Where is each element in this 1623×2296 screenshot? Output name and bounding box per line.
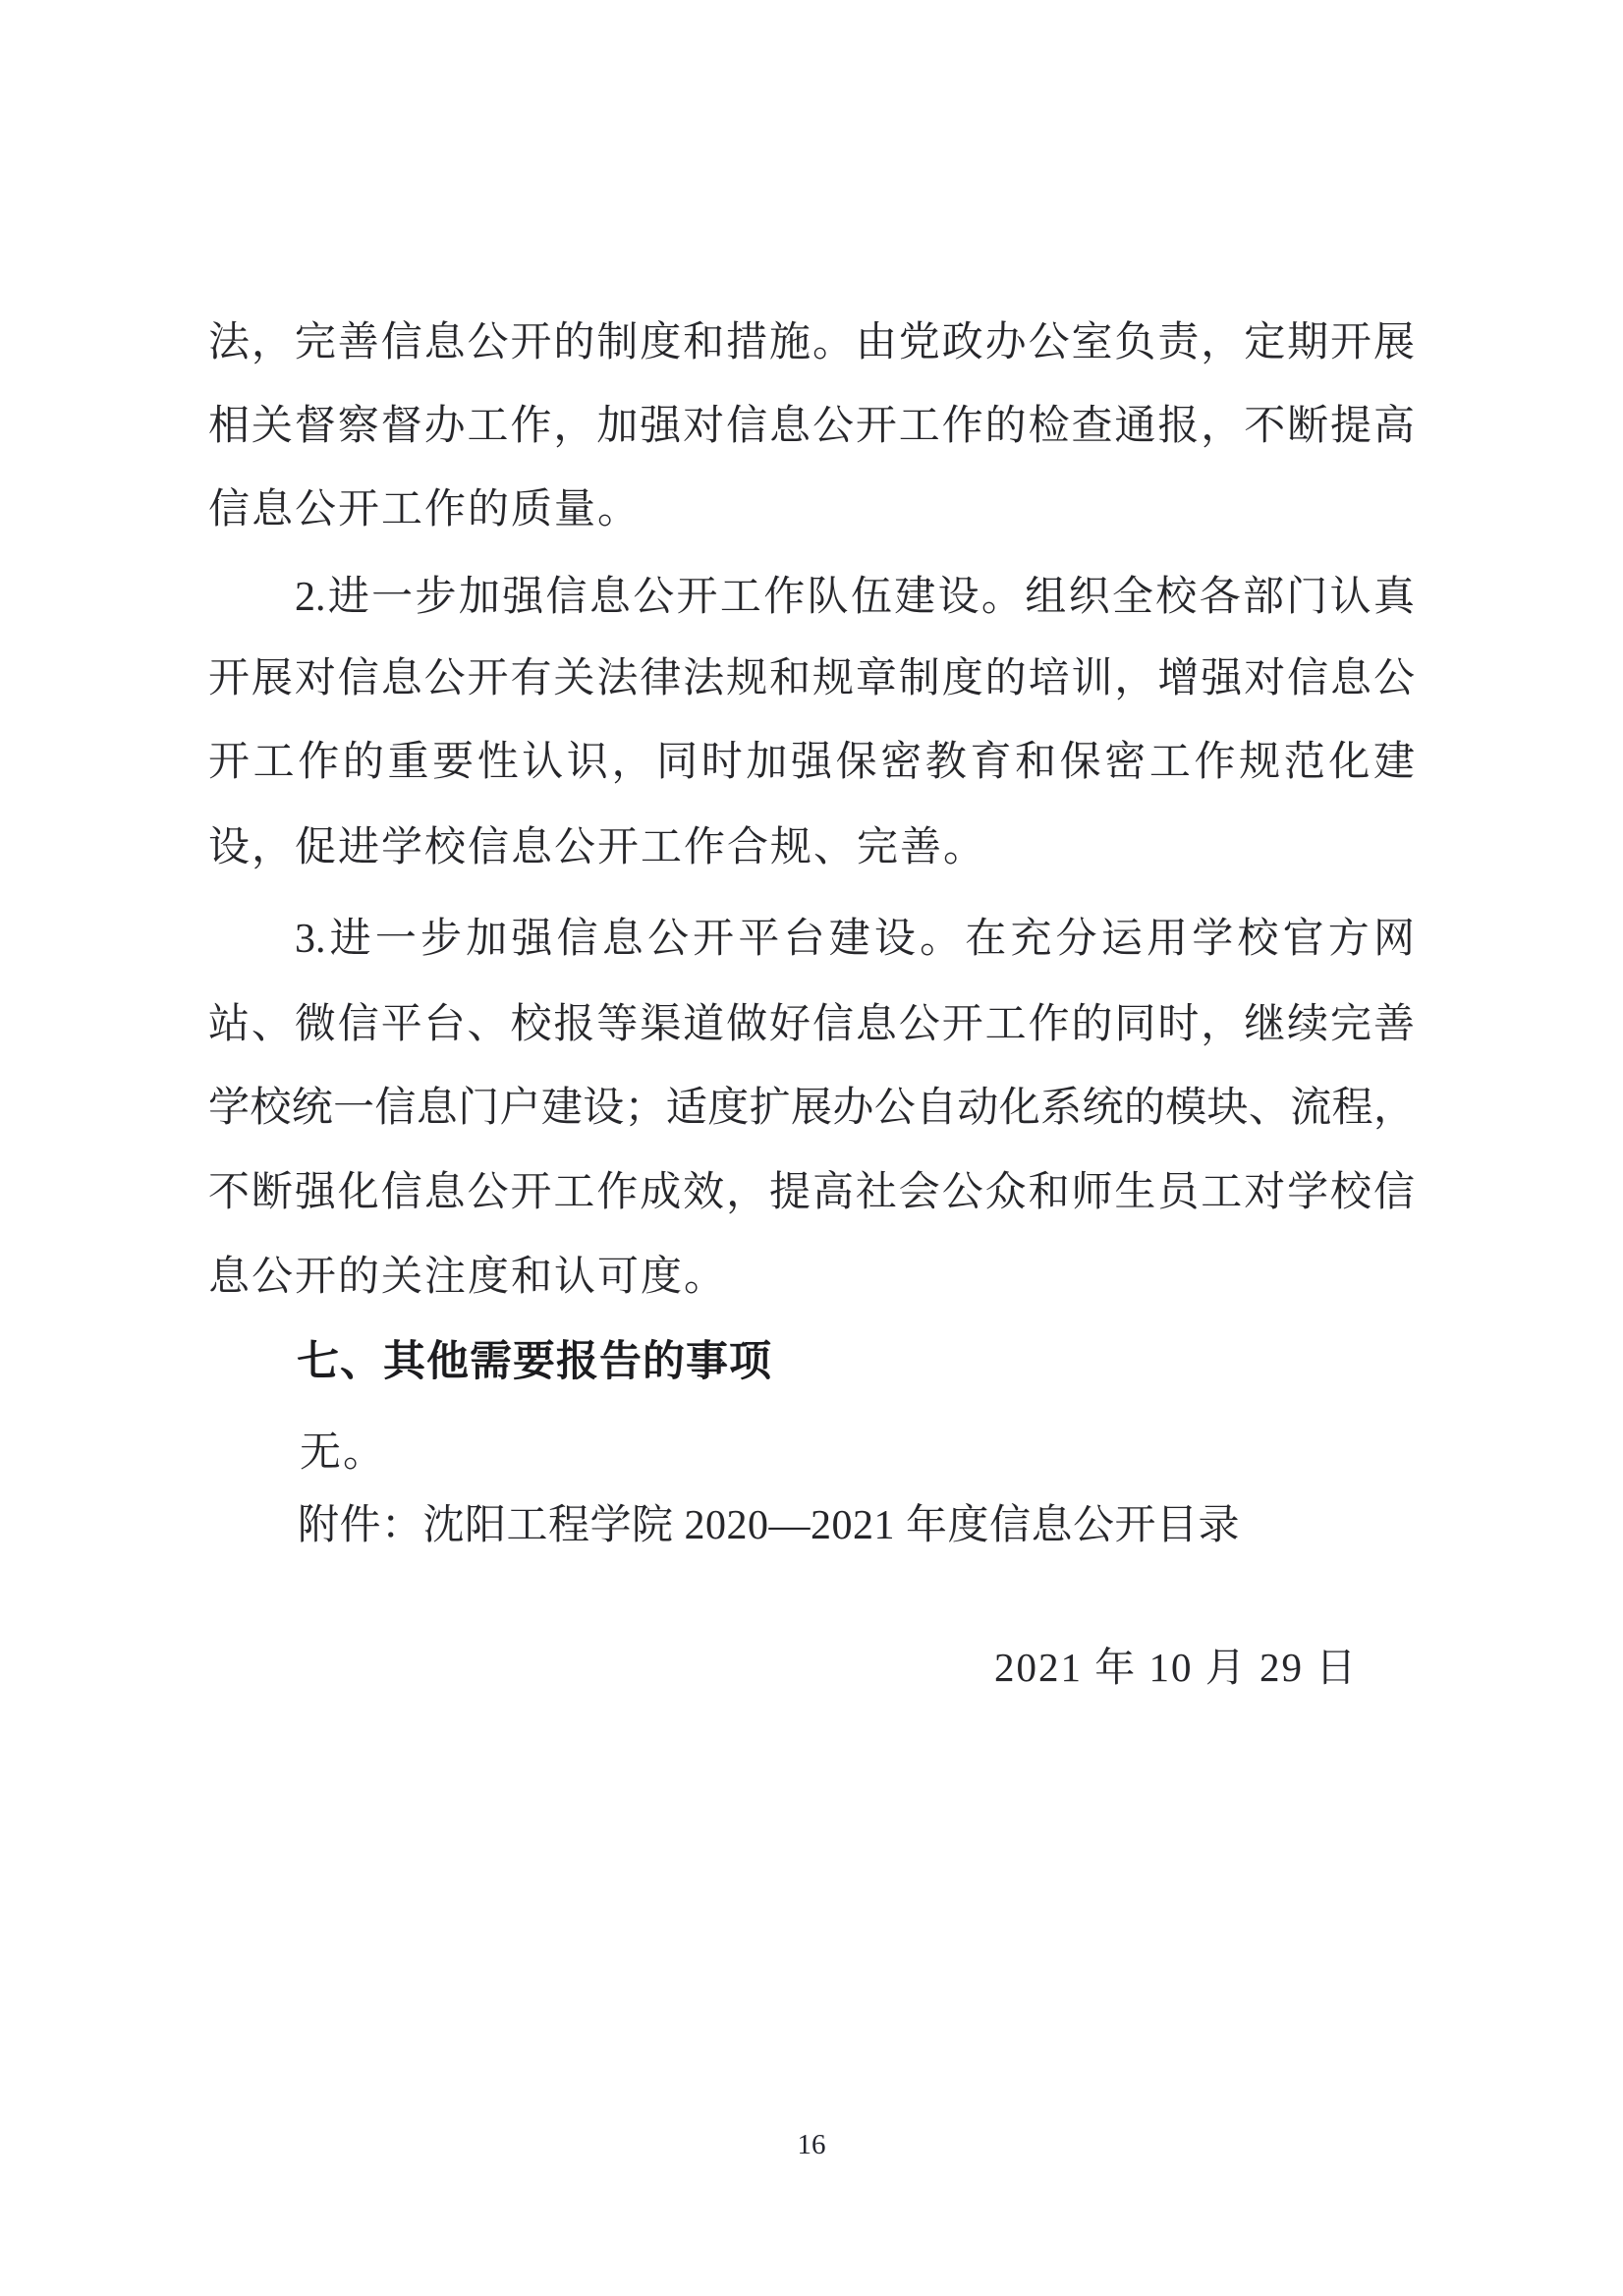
page-number: 16 [0, 2125, 1623, 2164]
none-text: 无。 [300, 1424, 386, 1483]
body-line-paragraph-start: 2.进一步加强信息公开工作队伍建设。组织全校各部门认真 [208, 568, 1415, 627]
body-line: 站、微信平台、校报等渠道做好信息公开工作的同时，继续完善 [208, 995, 1415, 1054]
body-line: 开展对信息公开有关法律法规和规章制度的培训，增强对信息公 [208, 649, 1415, 708]
body-line: 息公开的关注度和认可度。 [208, 1248, 1415, 1307]
body-line: 信息公开工作的质量。 [208, 480, 1415, 539]
body-line: 学校统一信息门户建设；适度扩展办公自动化系统的模块、流程， [208, 1079, 1415, 1138]
body-line: 相关督察督办工作，加强对信息公开工作的检查通报，不断提高 [208, 397, 1415, 456]
body-line-paragraph-start: 3.进一步加强信息公开平台建设。在充分运用学校官方网 [208, 910, 1415, 969]
body-line: 开工作的重要性认识，同时加强保密教育和保密工作规范化建 [208, 733, 1415, 792]
date-line: 2021 年 10 月 29 日 [994, 1638, 1358, 1697]
section-heading: 七、其他需要报告的事项 [297, 1332, 772, 1391]
document-page: 法，完善信息公开的制度和措施。由党政办公室负责，定期开展 相关督察督办工作，加强… [0, 0, 1623, 2296]
body-line: 法，完善信息公开的制度和措施。由党政办公室负责，定期开展 [208, 313, 1415, 372]
body-line: 不断强化信息公开工作成效，提高社会公众和师生员工对学校信 [208, 1163, 1415, 1222]
attachment-line: 附件：沈阳工程学院 2020—2021 年度信息公开目录 [298, 1496, 1240, 1555]
body-line: 设，促进学校信息公开工作合规、完善。 [208, 818, 1415, 877]
